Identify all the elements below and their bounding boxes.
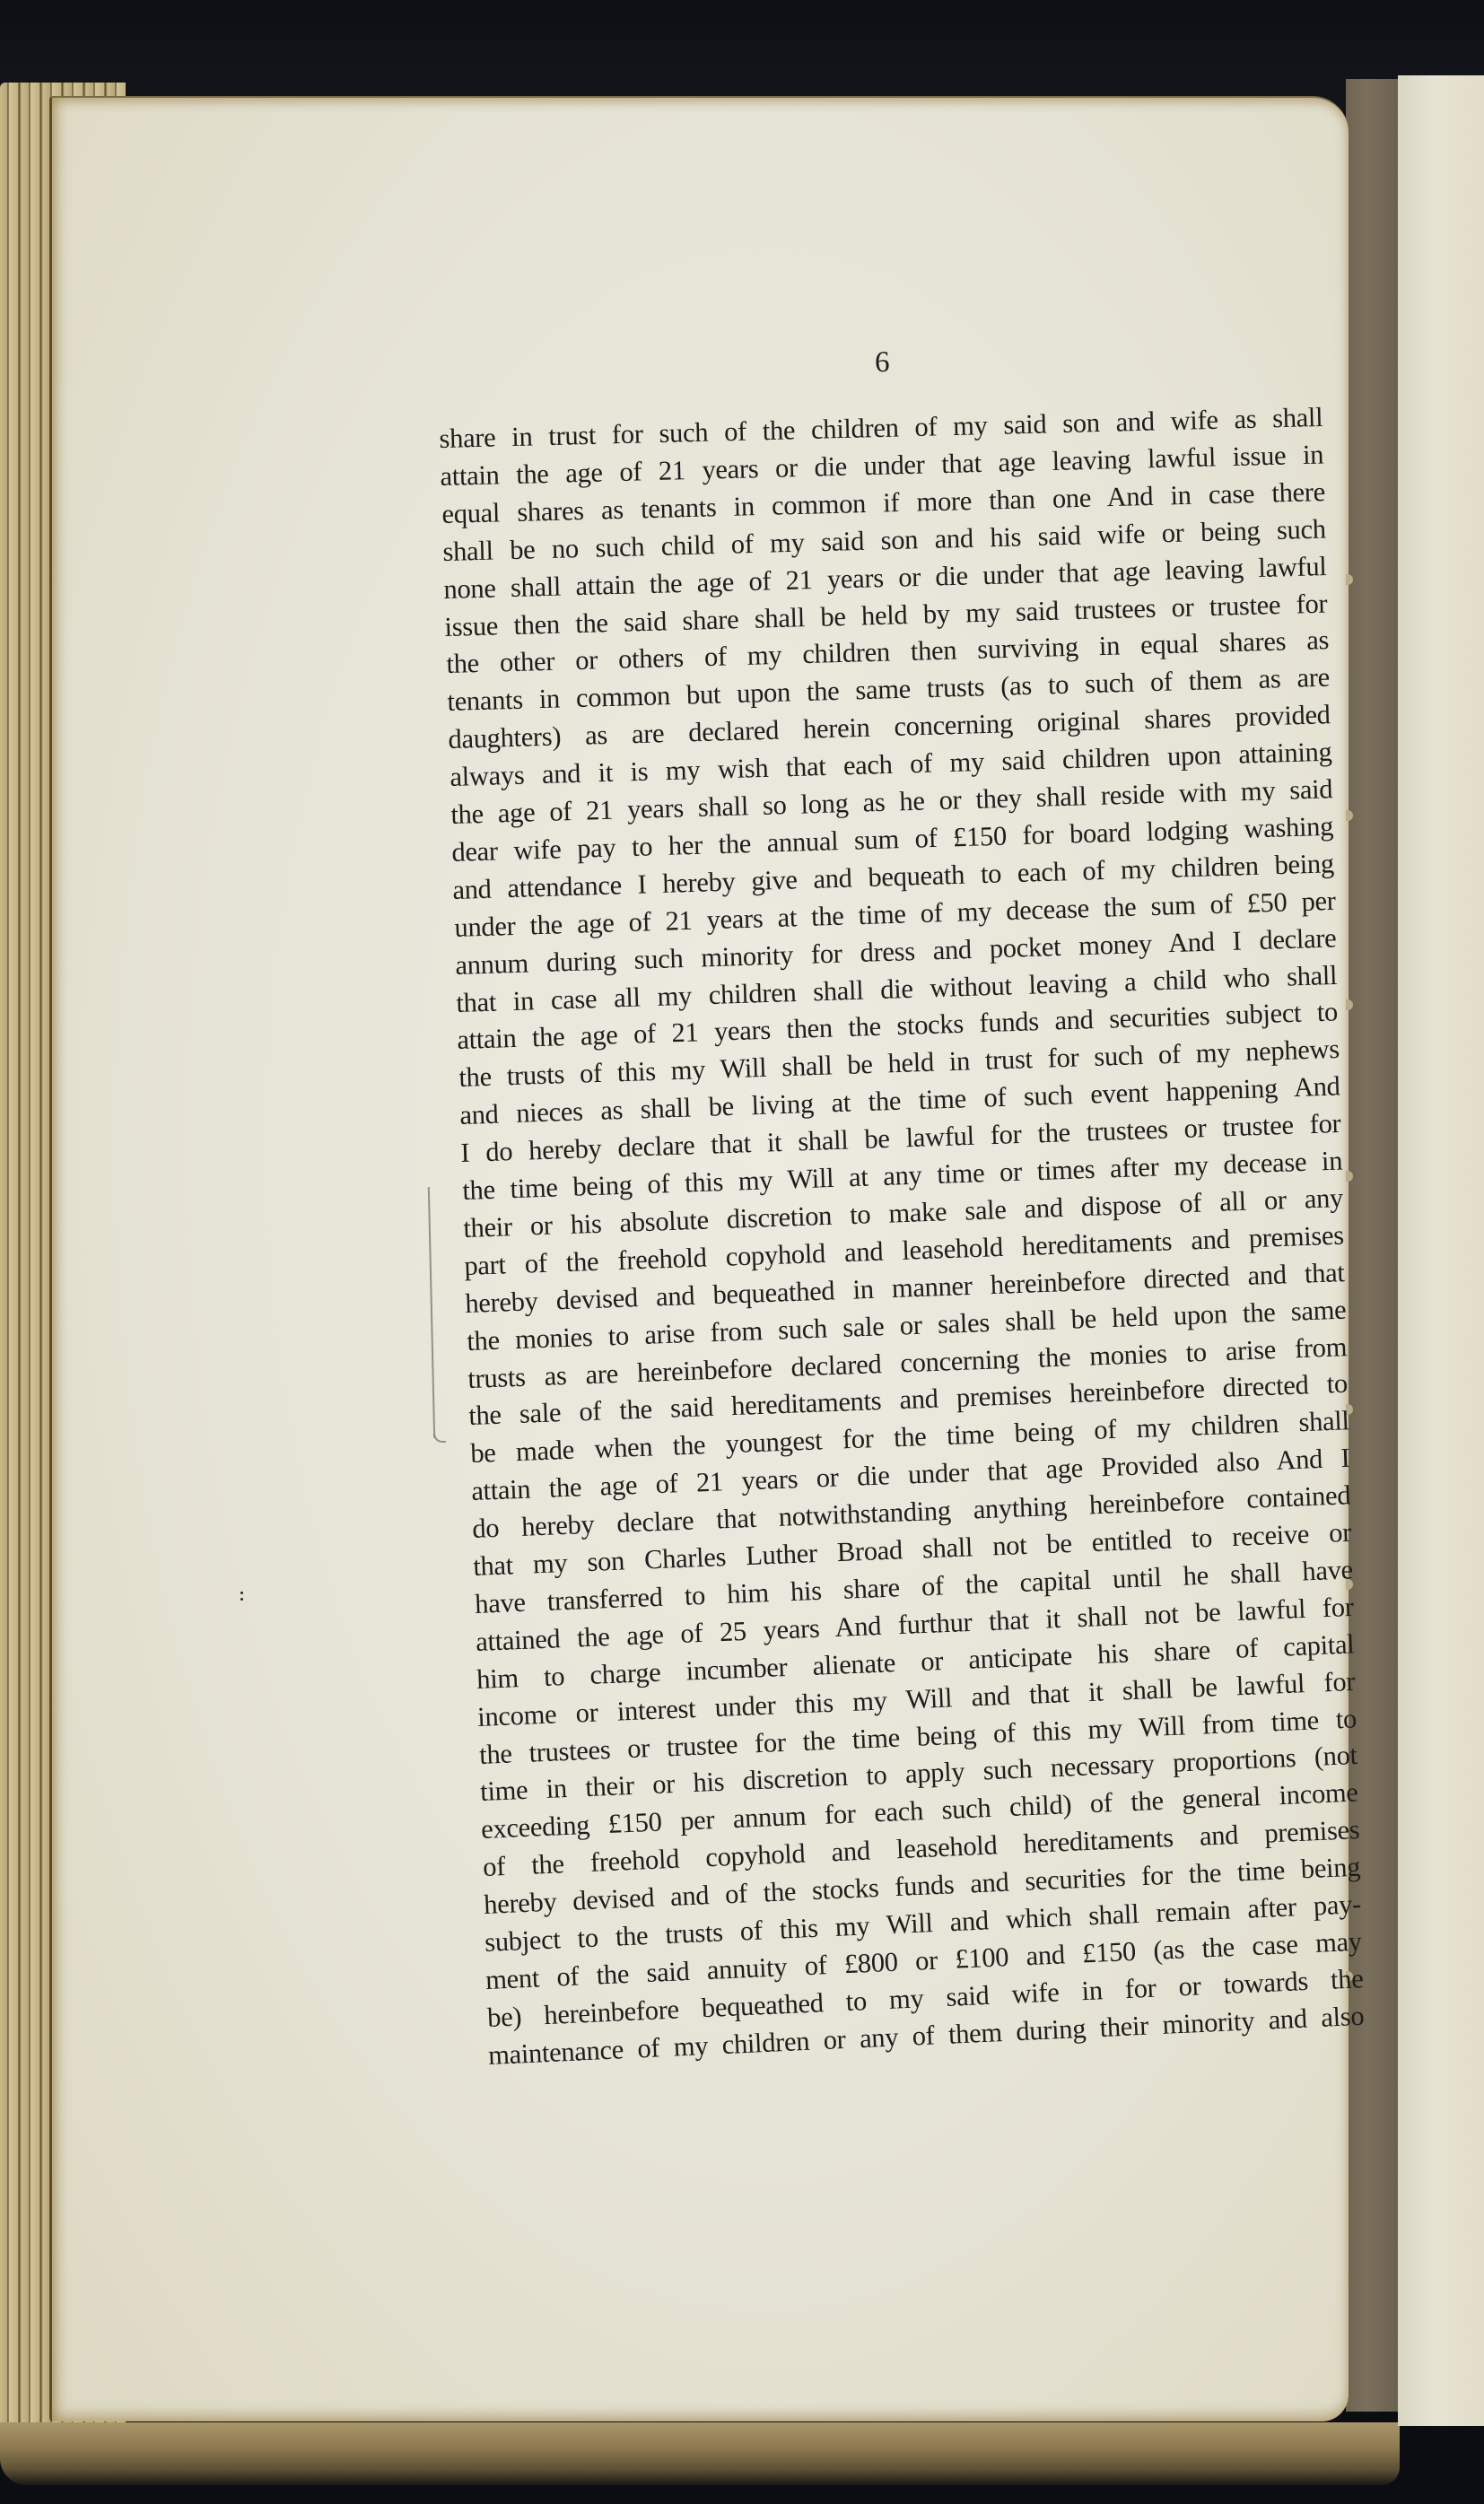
page-number: 6 [875, 346, 890, 380]
book-gutter [1346, 79, 1398, 2412]
page-edges-bottom [0, 2422, 1400, 2485]
margin-dot [240, 1598, 243, 1601]
margin-dot [240, 1592, 243, 1594]
facing-page [1398, 75, 1484, 2426]
